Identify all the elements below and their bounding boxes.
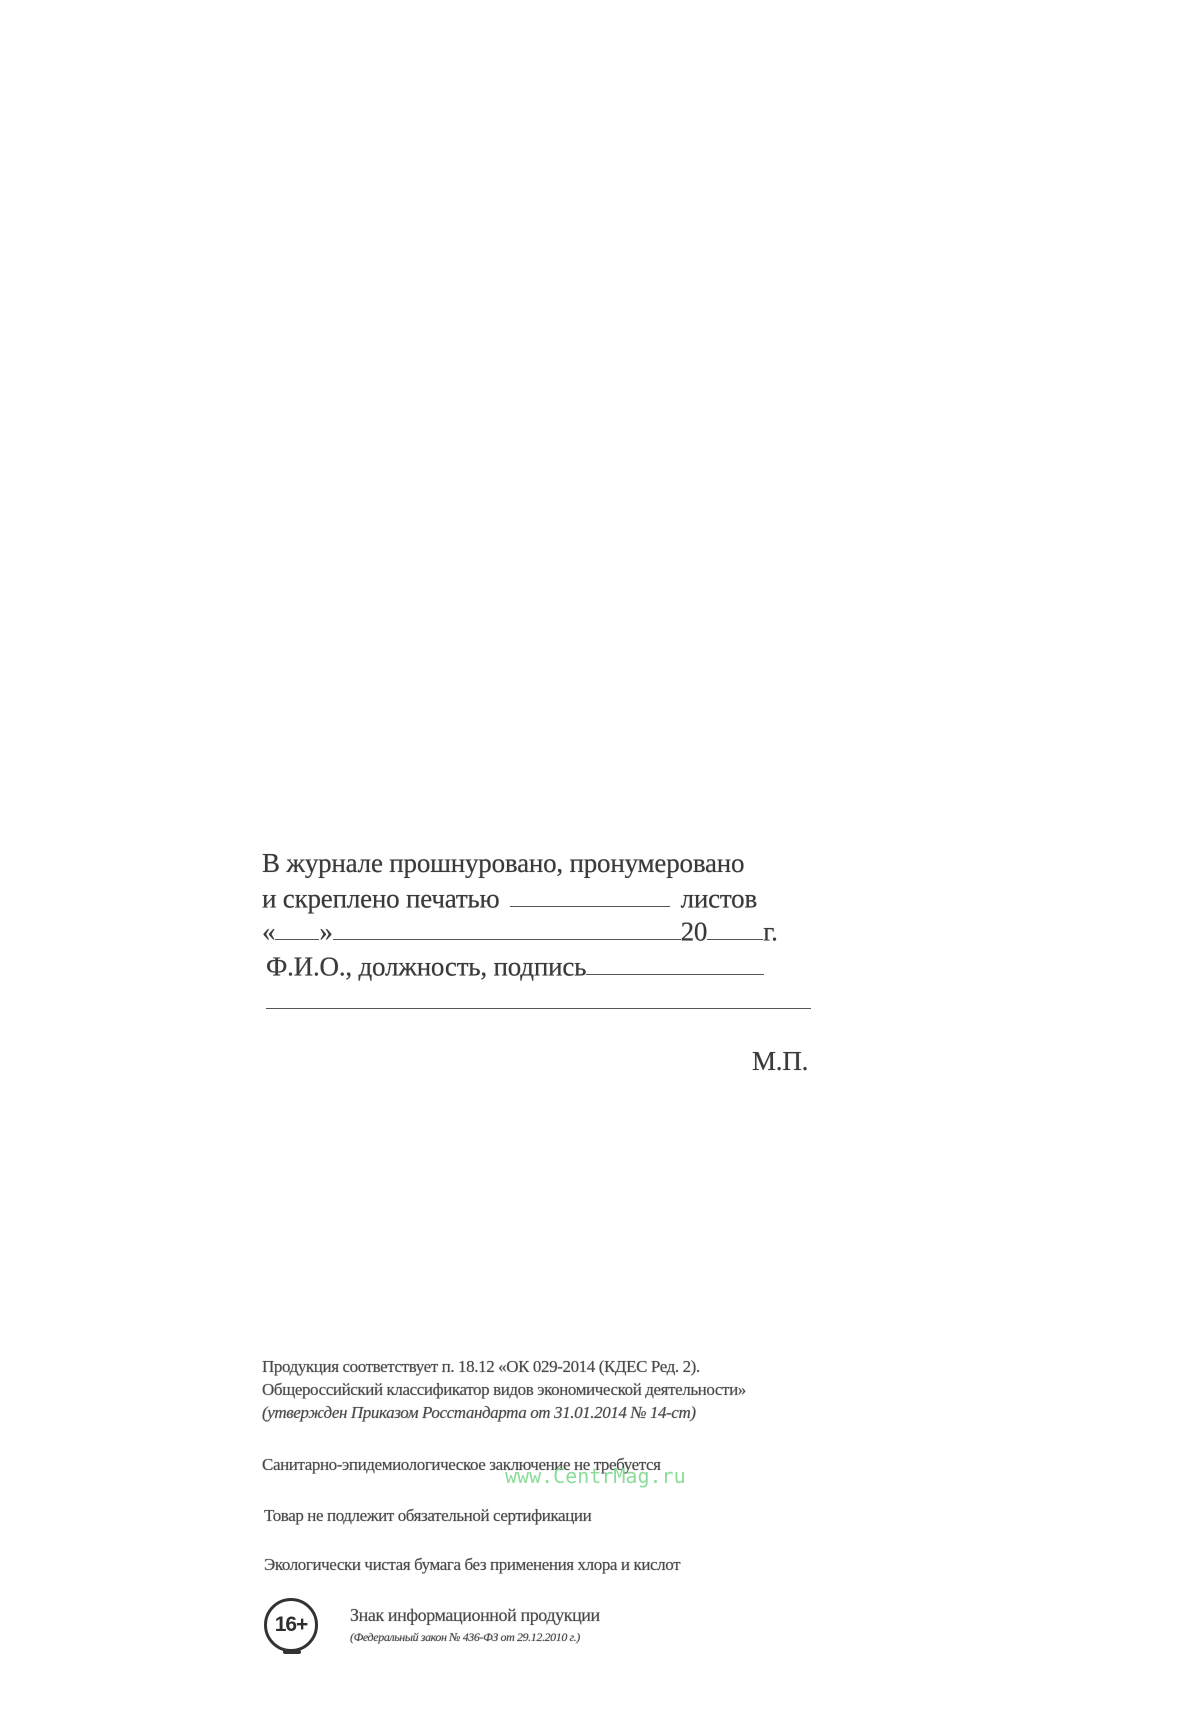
sealed-sheets-line: и скреплено печатью листов xyxy=(262,882,757,914)
close-quote: » xyxy=(319,916,332,946)
age-rating-16-icon: 16+ xyxy=(264,1598,318,1652)
sheets-label: листов xyxy=(681,883,757,913)
age-rating-icon-stem xyxy=(283,1650,301,1654)
law-reference: (Федеральный закон № 436-ФЗ от 29.12.201… xyxy=(350,1630,580,1645)
certification-notice: Товар не подлежит обязательной сертифика… xyxy=(264,1506,591,1526)
age-rating-label: 16+ xyxy=(275,1613,308,1637)
year-suffix: г. xyxy=(763,916,777,946)
year-field[interactable] xyxy=(707,915,763,940)
info-product-sign-title: Знак информационной продукции xyxy=(350,1605,600,1626)
binding-statement-line: В журнале прошнуровано, пронумеровано xyxy=(262,848,744,879)
sealed-label: и скреплено печатью xyxy=(262,883,500,913)
year-prefix: 20 xyxy=(681,916,708,946)
month-field[interactable] xyxy=(333,915,681,940)
signature-line: Ф.И.О., должность, подпись xyxy=(266,950,764,982)
seal-mark: М.П. xyxy=(752,1046,808,1077)
open-quote: « xyxy=(262,916,275,946)
watermark: www.CentrMag.ru xyxy=(505,1464,686,1488)
signature-field[interactable] xyxy=(586,950,764,975)
compliance-text-line-3: (утвержден Приказом Росстандарта от 31.0… xyxy=(262,1403,696,1423)
sheet-count-field[interactable] xyxy=(510,882,670,907)
compliance-text-line-1: Продукция соответствует п. 18.12 «ОК 029… xyxy=(262,1357,700,1377)
day-field[interactable] xyxy=(275,915,319,940)
compliance-text-line-2: Общероссийский классификатор видов эконо… xyxy=(262,1380,746,1400)
signature-label: Ф.И.О., должность, подпись xyxy=(266,951,586,981)
signature-continuation-field[interactable] xyxy=(266,1008,811,1009)
date-line: «»20г. xyxy=(262,915,778,947)
ecology-notice: Экологически чистая бумага без применени… xyxy=(264,1555,680,1575)
